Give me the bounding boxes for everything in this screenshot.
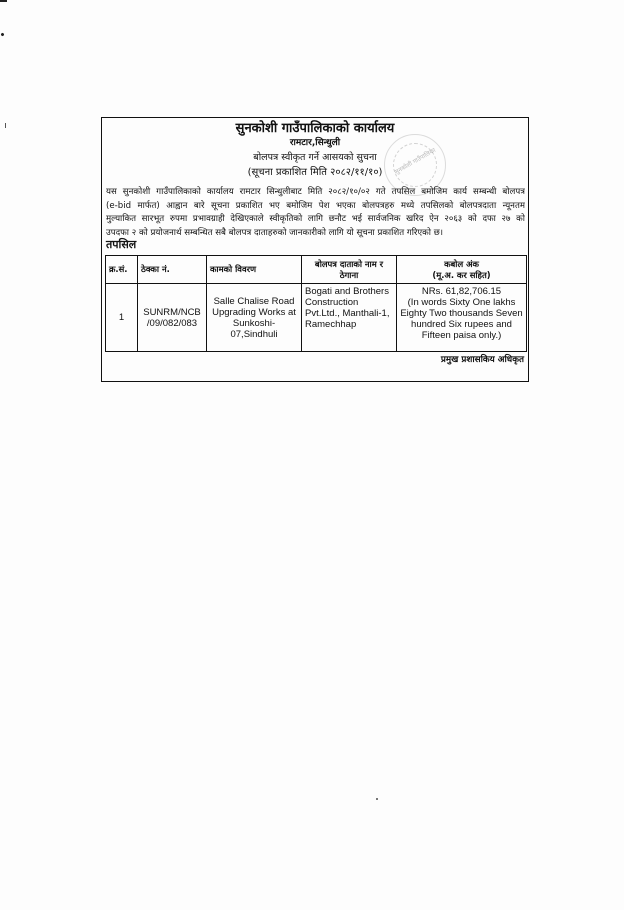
notice-body-line: मुल्याकित सारभूत रुपमा प्रभावग्राही देखि… <box>106 213 525 227</box>
notice-title: बोलपत्र स्वीकृत गर्ने आसयको सुचना <box>102 153 528 163</box>
header-contract-no: ठेक्का नं. <box>138 256 207 284</box>
table-header-row: क्र.सं. ठेक्का नं. कामको विवरण बोलपत्र द… <box>106 256 527 284</box>
cell-amount: NRs. 61,82,706.15 (In words Sixty One la… <box>397 284 527 352</box>
scan-artifact <box>0 32 4 36</box>
tender-table: क्र.सं. ठेक्का नं. कामको विवरण बोलपत्र द… <box>105 255 527 352</box>
scan-artifact <box>376 798 378 800</box>
cell-sn: 1 <box>106 284 138 352</box>
table-row: 1 SUNRM/NCB /09/082/083 Salle Chalise Ro… <box>106 284 527 352</box>
cell-work-description: Salle Chalise Road Upgrading Works at Su… <box>207 284 302 352</box>
header-sn: क्र.सं. <box>106 256 138 284</box>
cell-contract-no: SUNRM/NCB /09/082/083 <box>138 284 207 352</box>
header-bidder: बोलपत्र दाताको नाम र ठेगाना <box>302 256 397 284</box>
publish-date: (सूचना प्रकाशित मिति २०८२/११/१०) <box>102 168 528 178</box>
office-name: सुनकोशी गाउँपालिकाको कार्यालय <box>102 122 528 135</box>
notice-body-line: उपदफा २ को प्रयोजनार्थ सम्बन्धित सबै बोल… <box>106 227 525 241</box>
scan-artifact <box>5 123 6 128</box>
signature-title: प्रमुख प्रशासकिय अधिकृत <box>441 353 524 365</box>
notice-body-line: (e-bid मार्फत) आह्वान बारे सूचना प्रकाशि… <box>106 200 525 214</box>
section-label: तपसिल <box>106 239 136 250</box>
notice-body: यस सुनकोशी गाउँपालिकाको कार्यालय रामटार … <box>106 186 525 240</box>
scan-artifact <box>0 0 7 2</box>
notice-body-line: यस सुनकोशी गाउँपालिकाको कार्यालय रामटार … <box>106 186 525 200</box>
cell-bidder: Bogati and Brothers Construction Pvt.Ltd… <box>302 284 397 352</box>
header-work-description: कामको विवरण <box>207 256 302 284</box>
office-address: रामटार,सिन्धुली <box>102 139 528 148</box>
tender-notice: सुनकोशी गाउँपालिका सुनकोशी गाउँपालिकाको … <box>101 117 529 382</box>
header-amount: कबोल अंक (मू.अ. कर सहित) <box>397 256 527 284</box>
